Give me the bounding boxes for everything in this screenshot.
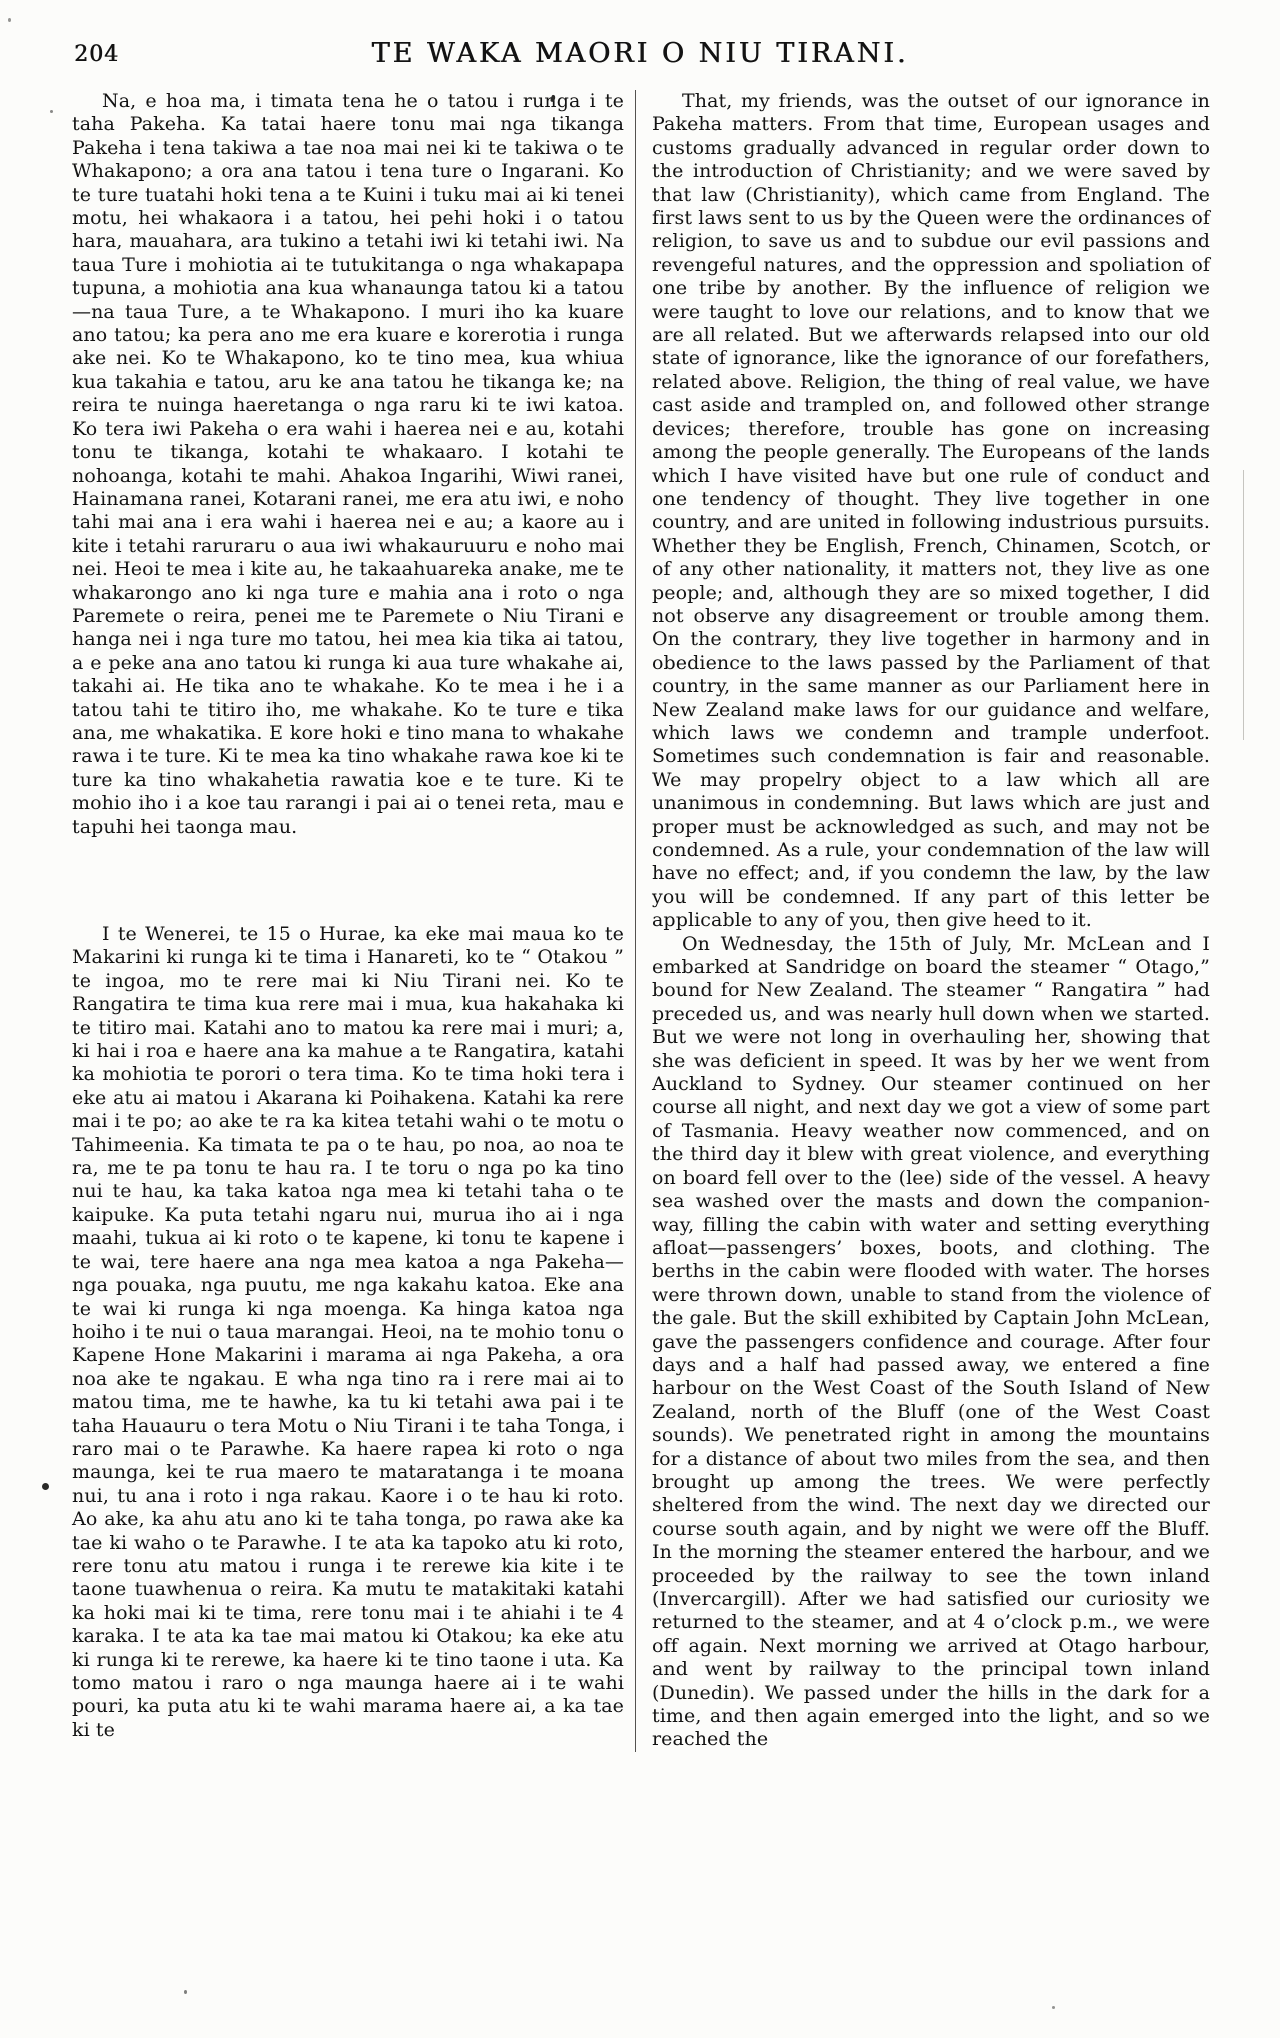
- text-columns: Na, e hoa ma, i timata tena he o tatou i…: [72, 90, 1210, 1752]
- ink-speck: [8, 18, 11, 22]
- english-paragraph-2: On Wednesday, the 15th of July, Mr. McLe…: [652, 933, 1210, 1752]
- scan-page-edge: [1243, 470, 1244, 740]
- column-divider: [635, 90, 636, 1752]
- ink-speck: [50, 110, 53, 113]
- maori-paragraph-1: Na, e hoa ma, i timata tena he o tatou i…: [72, 90, 624, 839]
- ink-speck: [184, 1990, 187, 1994]
- ink-speck: [42, 1483, 49, 1490]
- ink-speck: [1052, 2006, 1055, 2009]
- page-number: 204: [74, 42, 119, 67]
- right-column: That, my friends, was the outset of our …: [652, 90, 1210, 1752]
- english-paragraph-1: That, my friends, was the outset of our …: [652, 90, 1210, 933]
- left-column: Na, e hoa ma, i timata tena he o tatou i…: [72, 90, 624, 1752]
- maori-paragraph-2: I te Wenerei, te 15 o Hurae, ka eke mai …: [72, 923, 624, 1742]
- page-header: 204 TE WAKA MAORI O NIU TIRANI.: [72, 38, 1208, 82]
- page-title: TE WAKA MAORI O NIU TIRANI.: [72, 38, 1208, 69]
